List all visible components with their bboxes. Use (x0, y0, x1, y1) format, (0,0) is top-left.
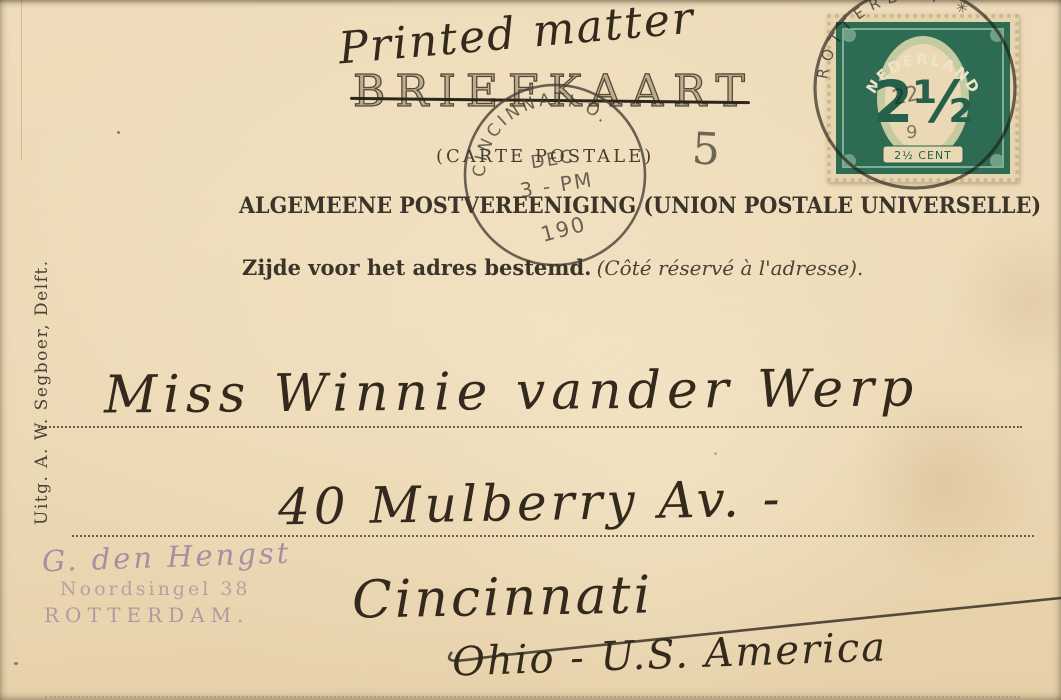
postcard: Uitg. A. W. Segboer, Delft. Printed matt… (0, 0, 1061, 700)
cancel-hour: 9 (906, 122, 917, 143)
paper-speck (714, 452, 717, 455)
cancel-date: 22 (890, 81, 921, 110)
rate-mark: 5 (691, 123, 722, 175)
postmark-time: 3 - PM (518, 167, 595, 202)
address-dotted-line-3 (45, 696, 1020, 698)
postmark-month: DEC (529, 146, 576, 174)
stamp-cancel: ROTTERDAM ✳ 22 9 (802, 0, 1030, 208)
postmark-year: 190 (538, 212, 589, 247)
publisher-imprint: Uitg. A. W. Segboer, Delft. (32, 240, 52, 525)
address-dotted-line-2 (72, 535, 1034, 537)
address-dotted-line-1 (38, 426, 1022, 428)
paper-speck (117, 131, 120, 134)
cancel-ring-text: ROTTERDAM ✳ (813, 0, 978, 80)
paper-crease (21, 0, 22, 160)
address-line-2: 40 Mulberry Av. - (278, 470, 784, 537)
svg-text:ROTTERDAM ✳: ROTTERDAM ✳ (813, 0, 978, 80)
cincinnati-postmark: CINCINNATI O. DEC 3 - PM 190 (455, 75, 655, 275)
printed-matter-note: Printed matter (336, 0, 696, 74)
address-line-1: Miss Winnie vander Werp (104, 358, 920, 425)
